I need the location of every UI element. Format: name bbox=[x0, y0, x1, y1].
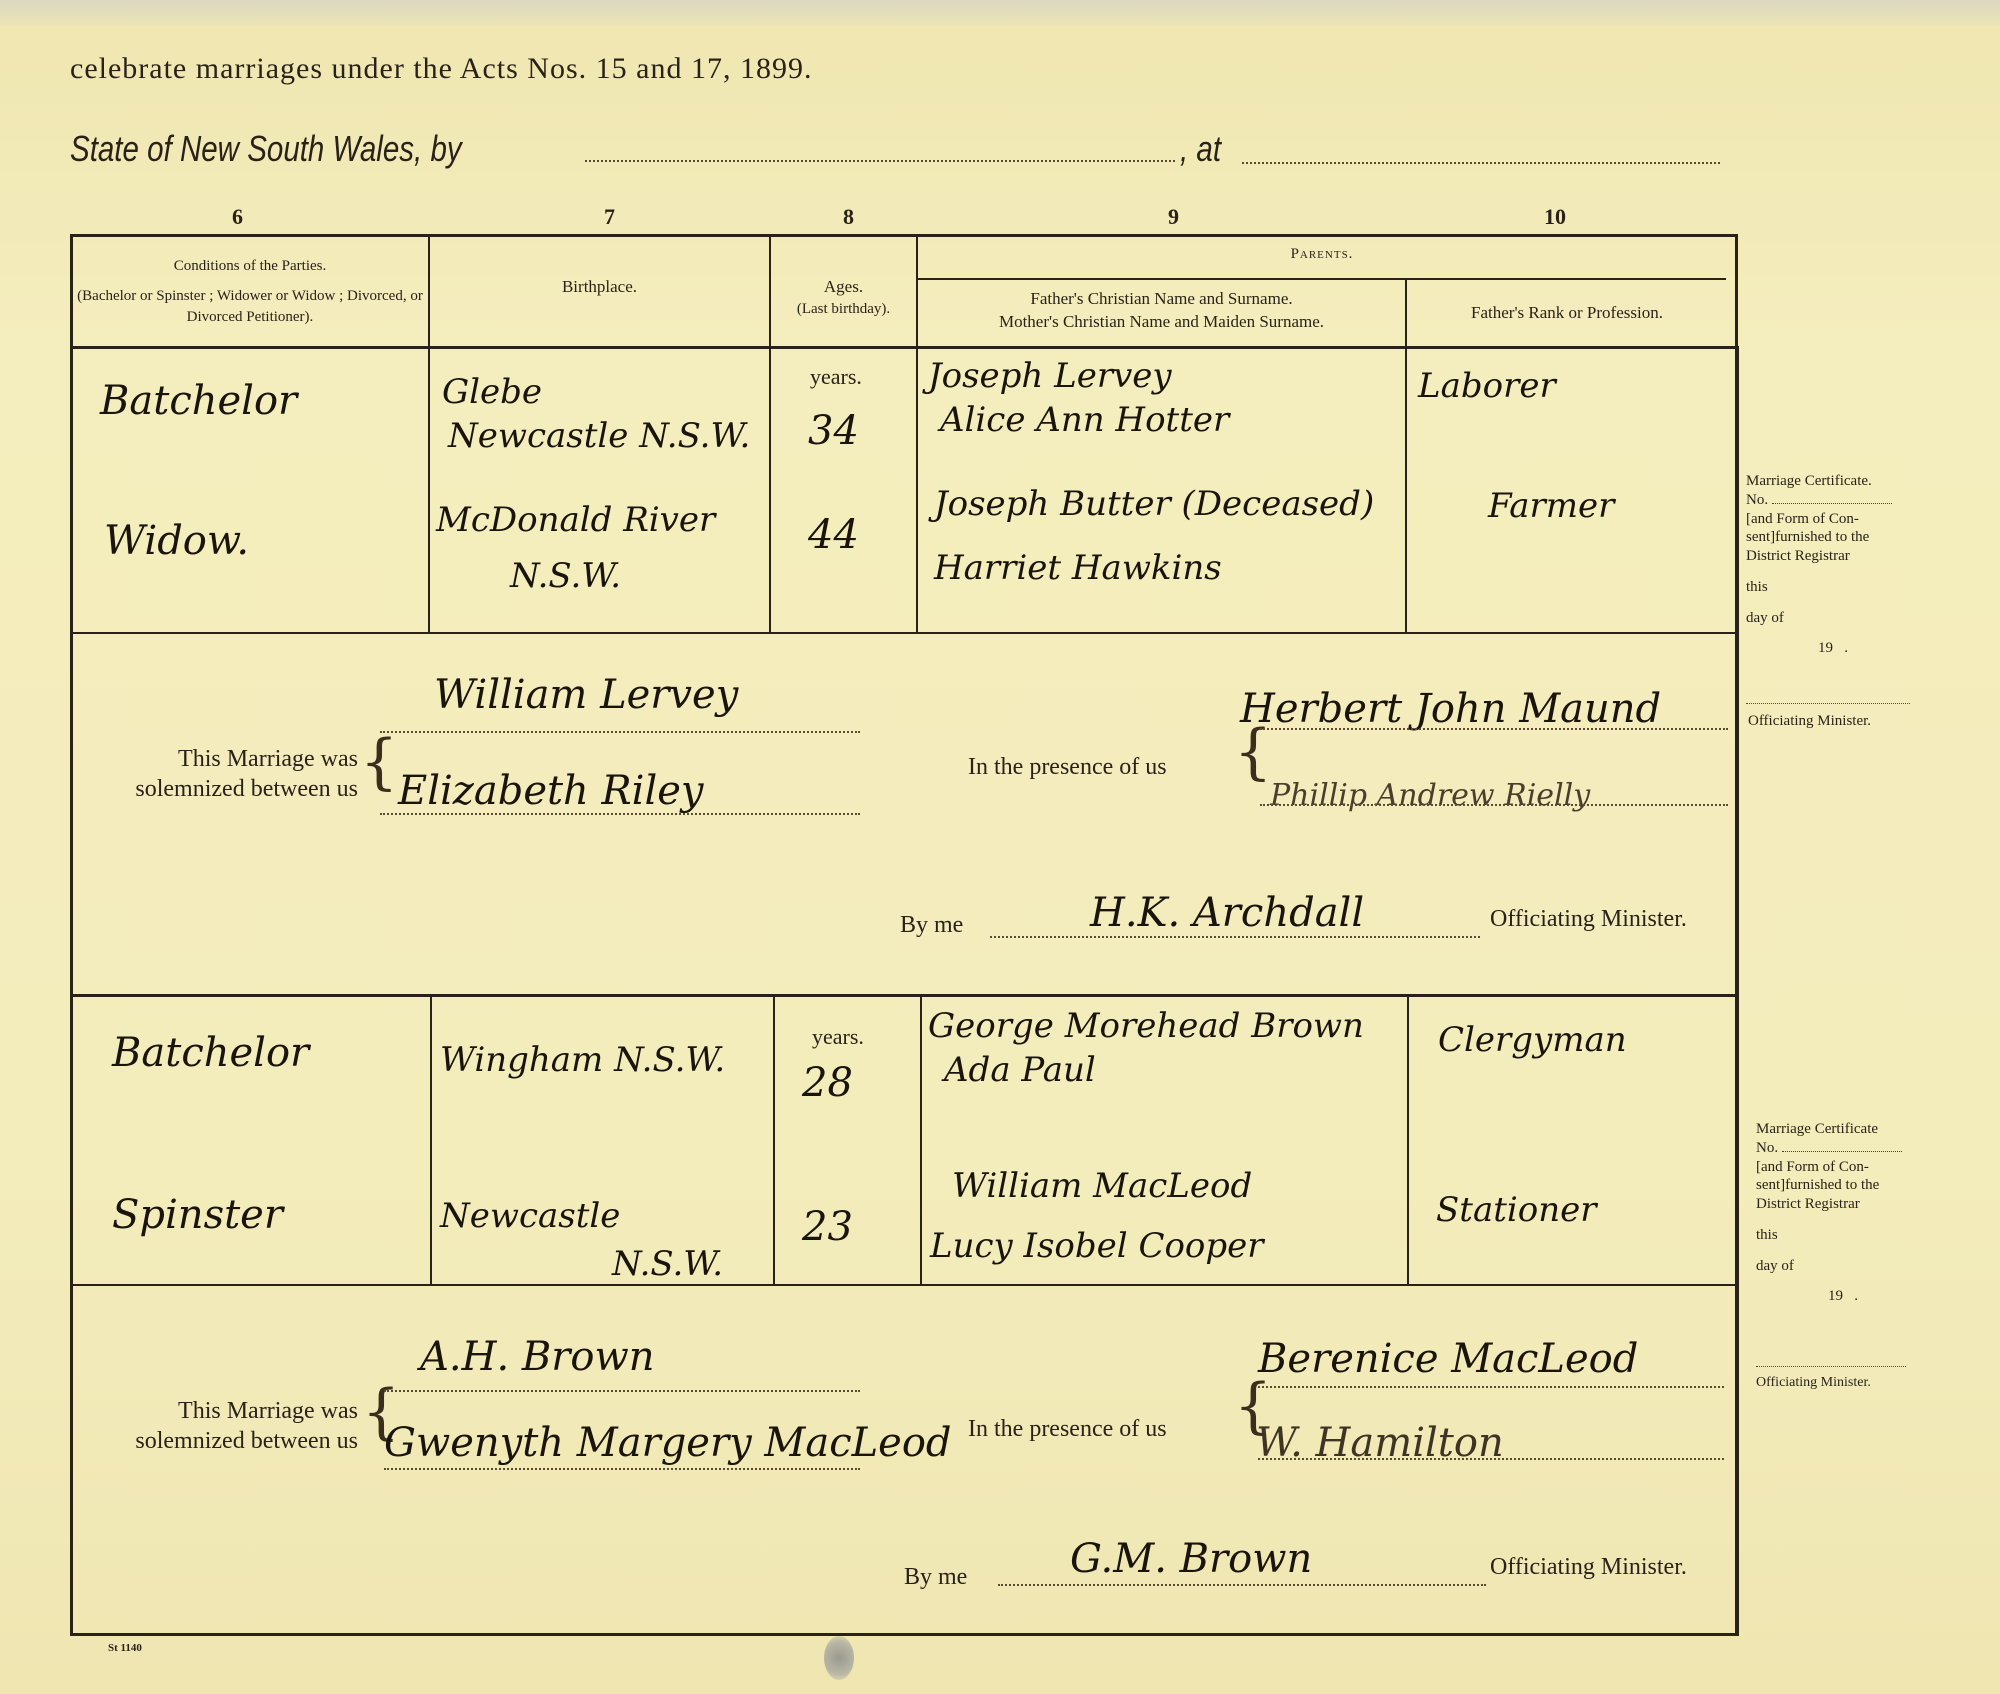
witness-2-signature: Phillip Andrew Rielly bbox=[1270, 778, 1590, 813]
bride-birthplace-2: N.S.W. bbox=[510, 556, 621, 596]
witness-1-signature: Herbert John Maund bbox=[1240, 686, 1661, 732]
header-bottom-rule bbox=[70, 346, 1738, 349]
bride-father-rank: Farmer bbox=[1488, 486, 1614, 526]
party-2-signature: Elizabeth Riley bbox=[398, 768, 704, 814]
age-unit: years. bbox=[812, 1024, 864, 1050]
column-number-8: 8 bbox=[843, 204, 854, 230]
signature-line bbox=[384, 1390, 860, 1392]
solemnized-label: This Marriage was solemnized between us bbox=[86, 744, 358, 804]
bride-father: Joseph Butter (Deceased) bbox=[934, 484, 1374, 524]
groom-birthplace-2: Newcastle N.S.W. bbox=[448, 416, 750, 456]
witness-line bbox=[1260, 728, 1728, 730]
certificate-side-note: Marriage Certificate. No. [and Form of C… bbox=[1746, 472, 1926, 658]
col-divider bbox=[1405, 278, 1407, 632]
page-top-edge bbox=[0, 0, 2000, 26]
brace-icon: { bbox=[360, 732, 398, 792]
bride-father: William MacLeod bbox=[952, 1166, 1252, 1206]
header-conditions: Conditions of the Parties. (Bachelor or … bbox=[72, 256, 428, 327]
certificate-number-field[interactable] bbox=[1782, 1151, 1902, 1152]
presence-label: In the presence of us bbox=[968, 1416, 1167, 1443]
bride-age: 23 bbox=[802, 1204, 853, 1250]
side-officiating-label: Officiating Minister. bbox=[1748, 712, 1871, 731]
bride-mother: Lucy Isobel Cooper bbox=[930, 1226, 1264, 1266]
groom-father-rank: Clergyman bbox=[1438, 1020, 1627, 1060]
header-parent-names: Father's Christian Name and Surname. Mot… bbox=[918, 288, 1405, 334]
column-number-6: 6 bbox=[232, 204, 243, 230]
register-page: celebrate marriages under the Acts Nos. … bbox=[0, 0, 2000, 1694]
at-field-line[interactable] bbox=[1242, 162, 1720, 164]
groom-age: 34 bbox=[808, 408, 859, 454]
ink-blot bbox=[824, 1636, 854, 1680]
col-divider bbox=[430, 996, 432, 1286]
groom-mother: Alice Ann Hotter bbox=[940, 400, 1229, 440]
header-father-rank: Father's Rank or Profession. bbox=[1407, 302, 1727, 325]
witness-line bbox=[1258, 1386, 1724, 1388]
margin-divider bbox=[1736, 346, 1739, 1636]
minister-signature: G.M. Brown bbox=[1070, 1536, 1312, 1582]
by-field-line[interactable] bbox=[585, 160, 1175, 162]
column-number-9: 9 bbox=[1168, 204, 1179, 230]
groom-father: Joseph Lervey bbox=[928, 356, 1172, 396]
parents-divider bbox=[918, 278, 1726, 280]
officiating-label: Officiating Minister. bbox=[1490, 1554, 1687, 1581]
act-preamble: celebrate marriages under the Acts Nos. … bbox=[70, 52, 812, 86]
entry-bottom-rule bbox=[70, 994, 1738, 997]
party-2-signature: Gwenyth Margery MacLeod bbox=[384, 1420, 952, 1466]
signature-line bbox=[384, 1468, 860, 1470]
groom-father: George Morehead Brown bbox=[928, 1006, 1364, 1046]
bride-mother: Harriet Hawkins bbox=[934, 548, 1222, 588]
minister-signature: H.K. Archdall bbox=[1090, 890, 1364, 936]
by-me-label: By me bbox=[904, 1564, 967, 1591]
witness-line bbox=[1258, 1458, 1724, 1460]
groom-father-rank: Laborer bbox=[1418, 366, 1556, 406]
form-code: St 1140 bbox=[108, 1642, 142, 1654]
certificate-number-field[interactable] bbox=[1772, 503, 1892, 504]
certificate-side-note: Marriage Certificate No. [and Form of Co… bbox=[1756, 1120, 1936, 1306]
signature-line bbox=[380, 731, 860, 733]
col-divider bbox=[773, 996, 775, 1286]
minister-line bbox=[990, 936, 1480, 938]
groom-birthplace-1: Wingham N.S.W. bbox=[440, 1040, 725, 1080]
column-number-7: 7 bbox=[604, 204, 615, 230]
witness-1-signature: Berenice MacLeod bbox=[1258, 1336, 1638, 1382]
bride-condition: Widow. bbox=[104, 518, 249, 564]
bride-age: 44 bbox=[808, 512, 859, 558]
col-divider bbox=[920, 996, 922, 1286]
solemnized-label: This Marriage was solemnized between us bbox=[86, 1396, 358, 1456]
age-unit: years. bbox=[810, 364, 862, 390]
party-1-signature: A.H. Brown bbox=[420, 1334, 655, 1380]
side-officiating-label: Officiating Minister. bbox=[1756, 1374, 1871, 1392]
groom-mother: Ada Paul bbox=[944, 1050, 1096, 1090]
by-me-label: By me bbox=[900, 912, 963, 939]
signature-line bbox=[380, 813, 860, 815]
bride-birthplace-1: McDonald River bbox=[436, 500, 715, 540]
header-parents: Parents. bbox=[918, 244, 1726, 264]
groom-condition: Batchelor bbox=[100, 378, 297, 424]
bride-condition: Spinster bbox=[112, 1192, 283, 1238]
groom-age: 28 bbox=[802, 1060, 853, 1106]
bride-birthplace-1: Newcastle bbox=[440, 1196, 620, 1236]
minister-line bbox=[998, 1584, 1486, 1586]
column-number-10: 10 bbox=[1544, 204, 1566, 230]
state-line: State of New South Wales, by bbox=[70, 128, 462, 170]
officiating-label: Officiating Minister. bbox=[1490, 906, 1687, 933]
col-divider bbox=[1407, 996, 1409, 1286]
state-prefix: State of New South Wales, by bbox=[70, 128, 462, 169]
header-ages: Ages. (Last birthday). bbox=[771, 276, 916, 319]
side-minister-line bbox=[1756, 1366, 1906, 1367]
entry-row-divider bbox=[70, 632, 1738, 634]
at-label: , at bbox=[1180, 128, 1221, 170]
presence-label: In the presence of us bbox=[968, 754, 1167, 781]
witness-line bbox=[1260, 804, 1728, 806]
groom-birthplace-1: Glebe bbox=[442, 372, 542, 412]
bride-birthplace-2: N.S.W. bbox=[612, 1244, 723, 1284]
header-birthplace: Birthplace. bbox=[430, 276, 769, 299]
bride-father-rank: Stationer bbox=[1436, 1190, 1597, 1230]
side-minister-line bbox=[1746, 703, 1910, 704]
party-1-signature: William Lervey bbox=[434, 672, 738, 718]
entry-row-divider bbox=[70, 1284, 1738, 1286]
groom-condition: Batchelor bbox=[112, 1030, 309, 1076]
